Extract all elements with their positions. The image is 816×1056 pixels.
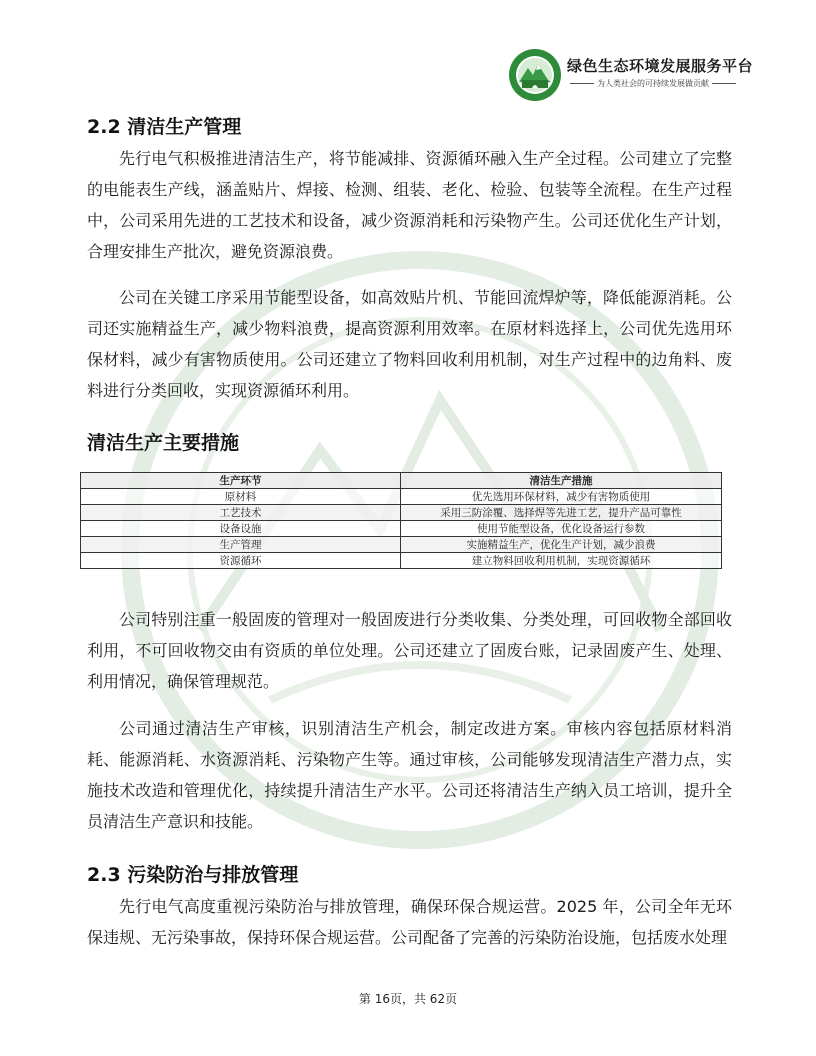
- table-header-row: 生产环节 清洁生产措施: [81, 473, 722, 489]
- table-cell-measure: 使用节能型设备，优化设备运行参数: [401, 521, 722, 537]
- platform-slogan: 为人类社会的可持续发展做贡献: [567, 78, 739, 89]
- table-cell-stage: 生产管理: [81, 537, 401, 553]
- table-row: 设备设施 使用节能型设备，优化设备运行参数: [81, 521, 722, 537]
- section-heading-2-2: 2.2 清洁生产管理: [87, 112, 241, 139]
- paragraph-pollution-prevention: 先行电气高度重视污染防治与排放管理，确保环保合规运营。2025 年，公司全年无环…: [87, 891, 732, 953]
- table-cell-stage: 工艺技术: [81, 505, 401, 521]
- table-cell-measure: 实施精益生产，优化生产计划，减少浪费: [401, 537, 722, 553]
- clean-production-measures-table: 生产环节 清洁生产措施 原材料 优先选用环保材料，减少有害物质使用 工艺技术 采…: [80, 472, 722, 569]
- paragraph-clean-production-audit: 公司通过清洁生产审核，识别清洁生产机会，制定改进方案。审核内容包括原材料消耗、能…: [87, 713, 732, 837]
- table-row: 资源循环 建立物料回收利用机制，实现资源循环: [81, 553, 722, 569]
- table-header-stage: 生产环节: [81, 473, 401, 489]
- paragraph-energy-saving-equipment: 公司在关键工序采用节能型设备，如高效贴片机、节能回流焊炉等，降低能源消耗。公司还…: [87, 282, 732, 406]
- slogan-text: 为人类社会的可持续发展做贡献: [597, 79, 709, 88]
- page-number: 第 16页，共 62页: [0, 990, 816, 1007]
- table-cell-measure: 采用三防涂覆、选择焊等先进工艺，提升产品可靠性: [401, 505, 722, 521]
- section-heading-2-3: 2.3 污染防治与排放管理: [87, 860, 298, 887]
- slogan-divider-right: [712, 83, 736, 84]
- table-cell-stage: 资源循环: [81, 553, 401, 569]
- platform-title: 绿色生态环境发展服务平台: [567, 55, 753, 76]
- table-cell-stage: 设备设施: [81, 521, 401, 537]
- platform-logo-icon: [508, 48, 562, 102]
- table-row: 工艺技术 采用三防涂覆、选择焊等先进工艺，提升产品可靠性: [81, 505, 722, 521]
- table-cell-stage: 原材料: [81, 489, 401, 505]
- subheading-clean-production-measures: 清洁生产主要措施: [87, 428, 239, 455]
- paragraph-solid-waste-management: 公司特别注重一般固废的管理对一般固废进行分类收集、分类处理，可回收物全部回收利用…: [87, 604, 732, 697]
- table-cell-measure: 优先选用环保材料，减少有害物质使用: [401, 489, 722, 505]
- paragraph-clean-production-intro: 先行电气积极推进清洁生产，将节能减排、资源循环融入生产全过程。公司建立了完整的电…: [87, 143, 732, 267]
- slogan-divider-left: [570, 83, 594, 84]
- table-row: 生产管理 实施精益生产，优化生产计划，减少浪费: [81, 537, 722, 553]
- table-header-measure: 清洁生产措施: [401, 473, 722, 489]
- table-row: 原材料 优先选用环保材料，减少有害物质使用: [81, 489, 722, 505]
- table-cell-measure: 建立物料回收利用机制，实现资源循环: [401, 553, 722, 569]
